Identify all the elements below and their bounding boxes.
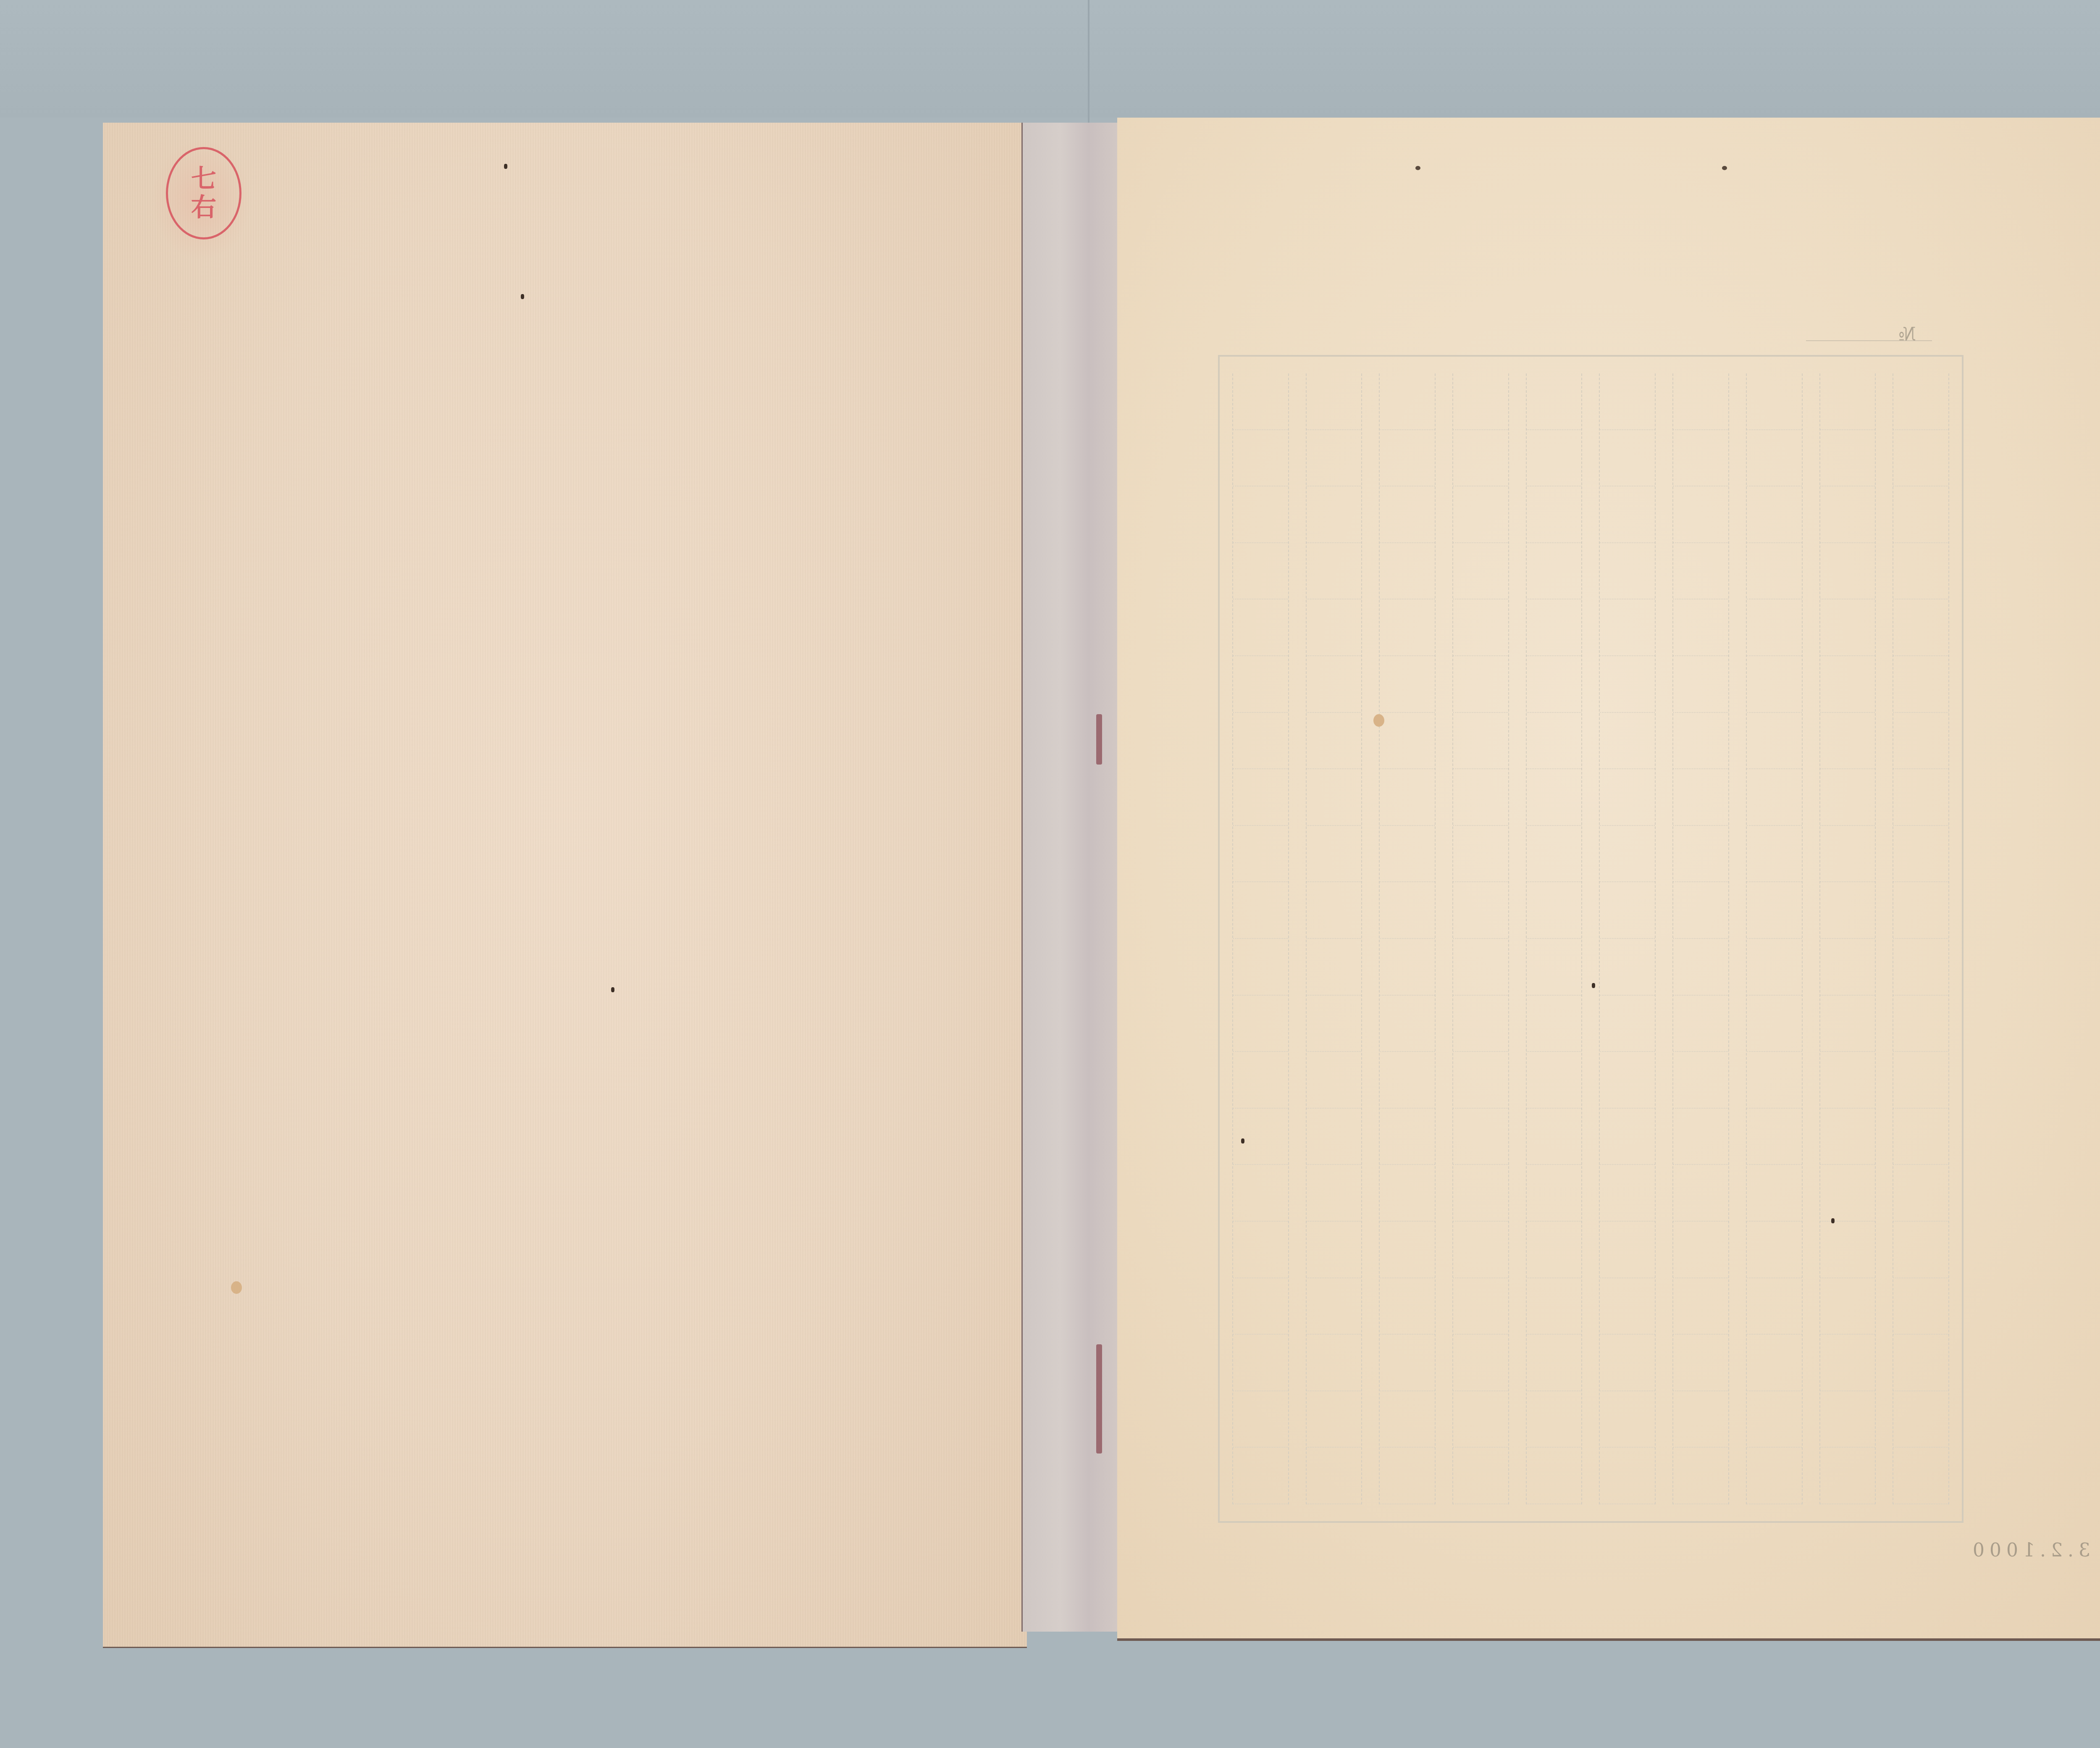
grid-column [1452,373,1509,1504]
background-seam [1088,0,1089,126]
right-page-block: № 20×10 国会図書館 3.2.1000 [1117,118,2100,1645]
grid-column [1819,373,1876,1504]
spine-stain [1096,1344,1102,1454]
binding-hole [1722,166,1727,170]
red-seal-stamp: 七 右 [166,147,241,239]
speck [1831,1218,1835,1223]
scanner-background [0,0,2100,118]
grid-column [1526,373,1583,1504]
grid-column [1893,373,1949,1504]
speck [611,987,614,992]
seal-char-2: 右 [191,193,216,222]
speck [1241,1138,1244,1143]
book-spine-strip [1021,123,1117,1632]
spine-stain [1096,714,1102,765]
speck [504,164,507,169]
grid-column [1746,373,1803,1504]
seal-char-1: 七 [191,165,216,193]
speck [1592,983,1595,988]
grid-column [1672,373,1729,1504]
speck [521,294,524,299]
right-page: № 20×10 国会図書館 3.2.1000 [1117,118,2100,1638]
footer-print-code: 3.2.1000 [1968,1540,2090,1561]
left-page [103,123,1027,1647]
foxing-spot [231,1281,242,1294]
page-number-mark: № [1898,323,1916,345]
manuscript-grid [1218,355,1963,1523]
foxing-spot [1373,714,1384,727]
grid-column [1599,373,1656,1504]
grid-column [1232,373,1289,1504]
binding-hole [1415,166,1420,170]
grid-column [1306,373,1362,1504]
grid-column [1379,373,1436,1504]
